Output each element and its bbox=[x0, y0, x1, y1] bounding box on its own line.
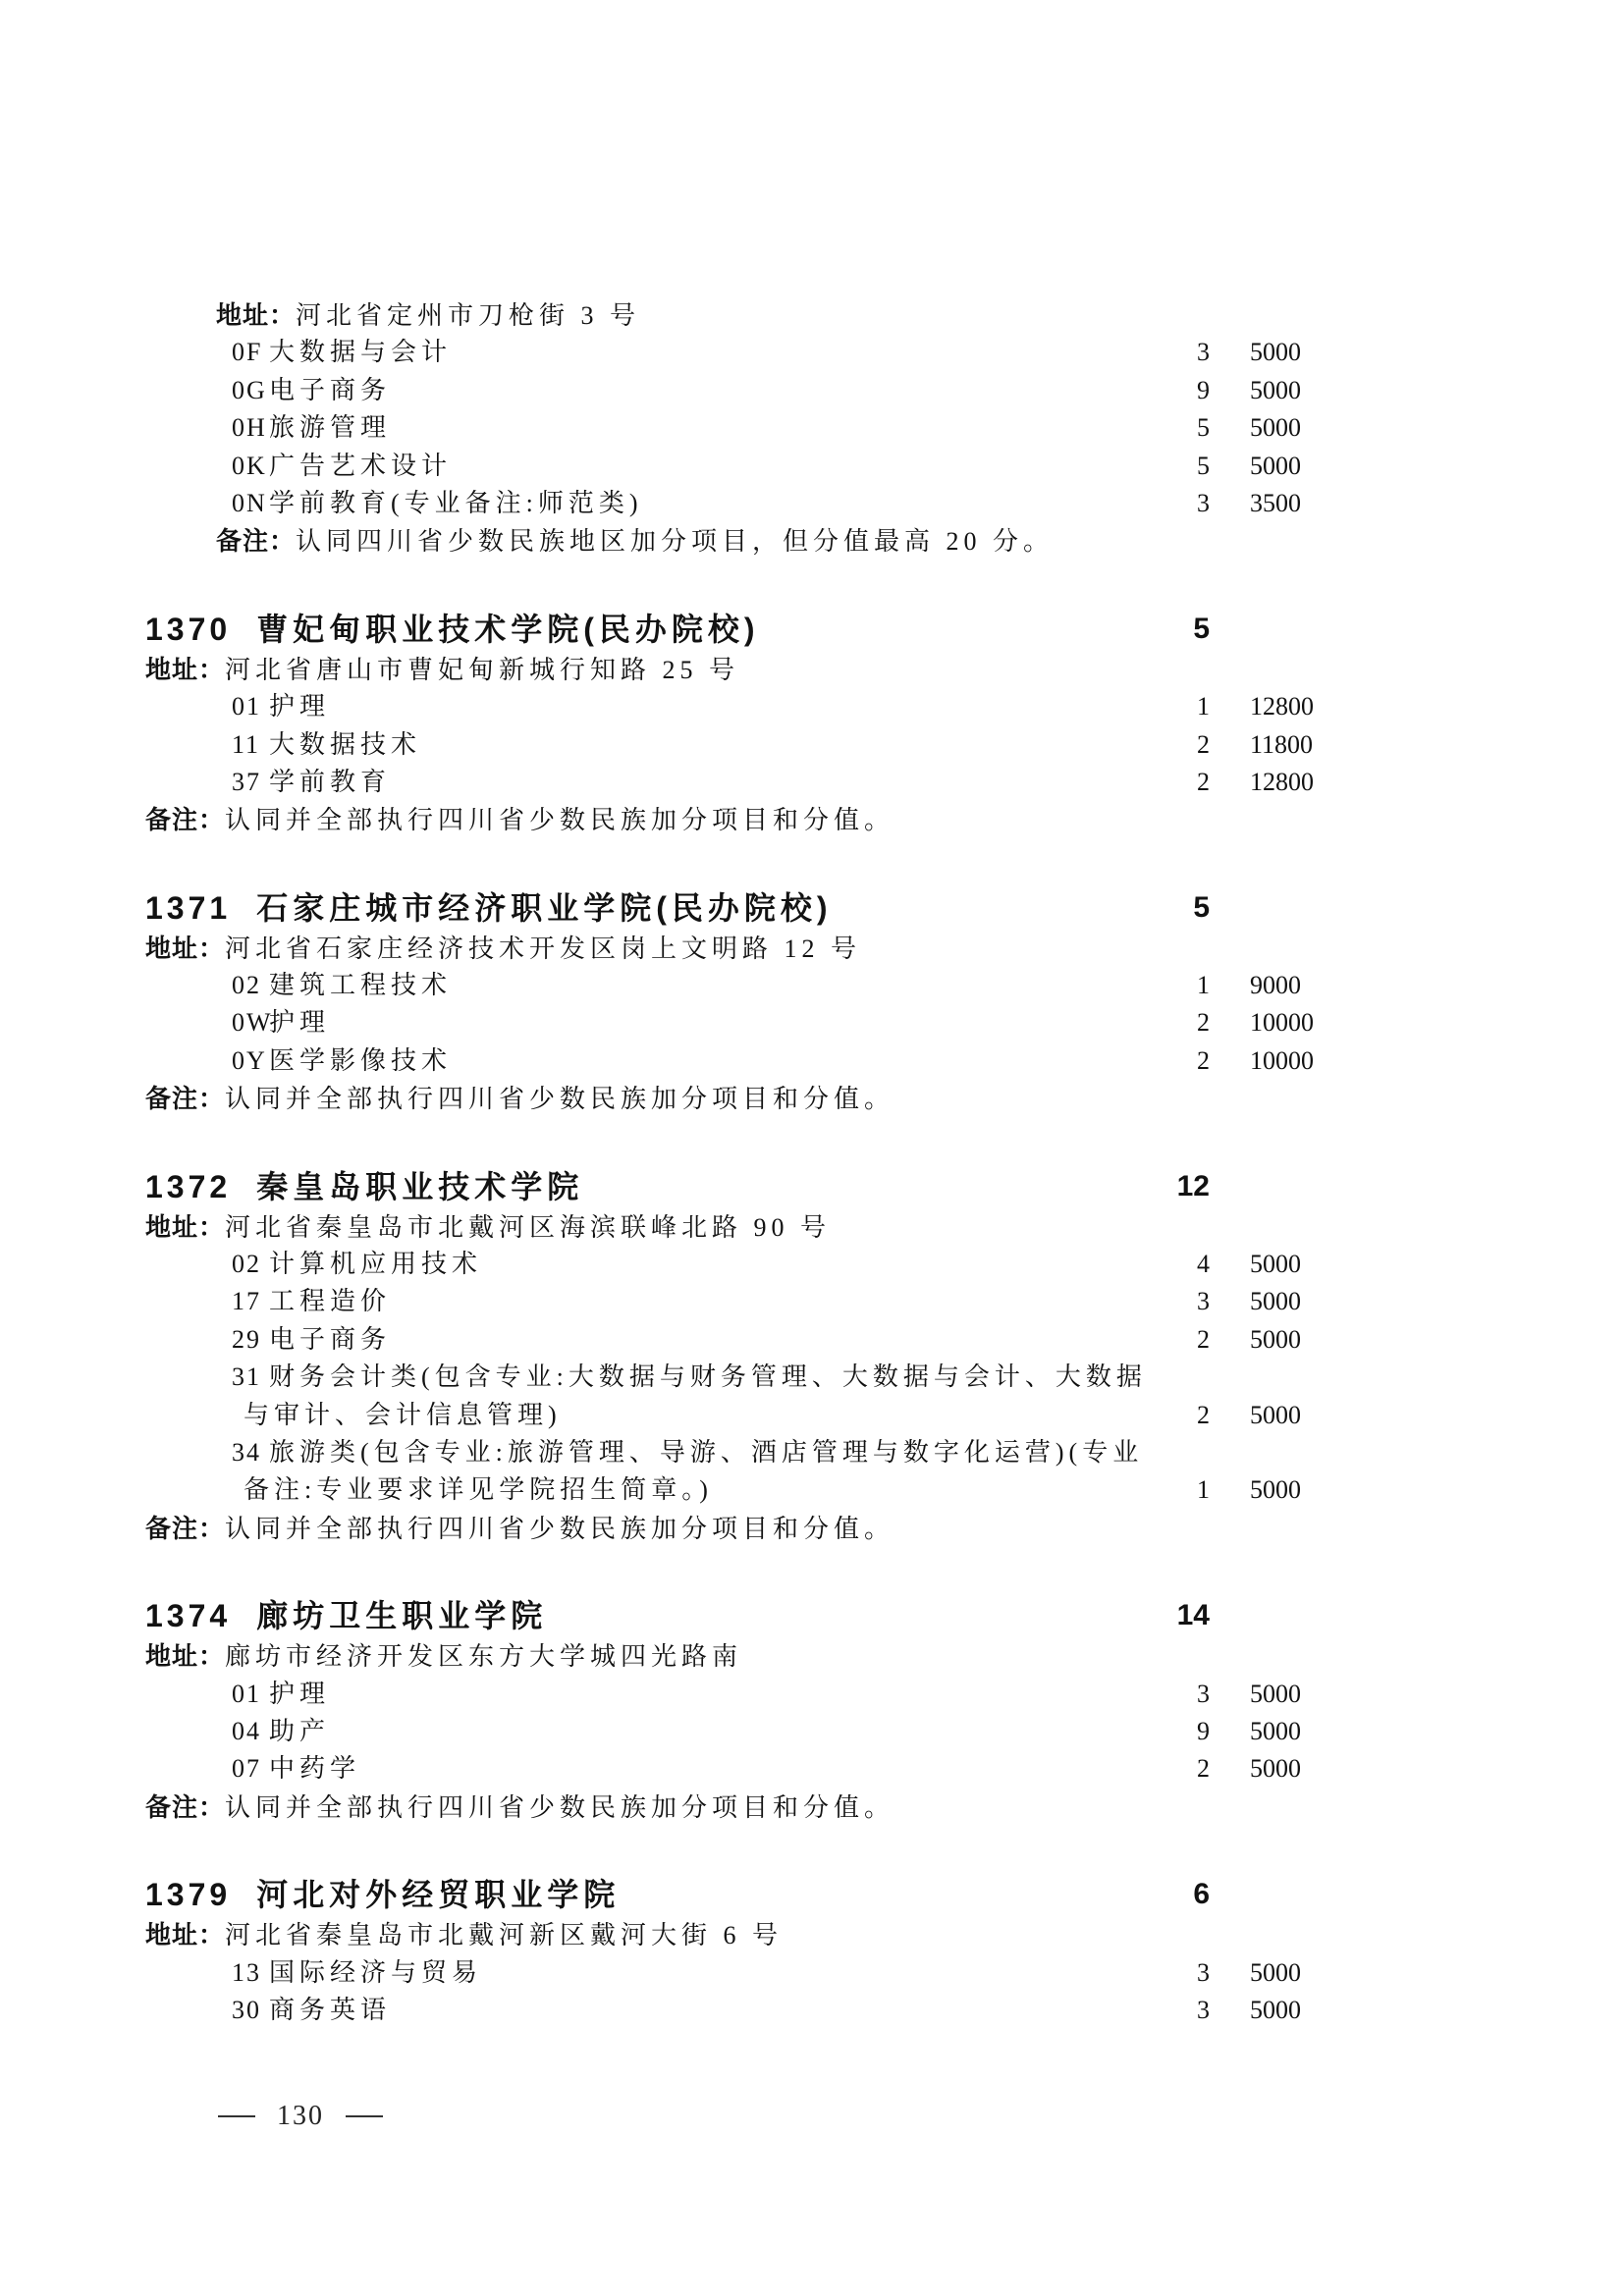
major-quota: 3 bbox=[1127, 1283, 1210, 1320]
major-quota: 2 bbox=[1127, 1321, 1210, 1359]
college-total-quota: 5 bbox=[1127, 886, 1210, 930]
remark-text: 认同四川省少数民族地区加分项目，但分值最高 20 分。 bbox=[296, 527, 1054, 556]
major-tuition-fee: 5000 bbox=[1250, 372, 1301, 409]
college-code: 1372 bbox=[145, 1169, 231, 1204]
major-code: 30 bbox=[232, 1992, 261, 2029]
remark-row: 备注：认同并全部执行四川省少数民族加分项目和分值。 bbox=[145, 1510, 1520, 1547]
major-code: 07 bbox=[232, 1750, 261, 1788]
major-quota: 4 bbox=[1127, 1246, 1210, 1283]
major-tuition-fee: 5000 bbox=[1250, 1713, 1301, 1750]
major-row: 0N学前教育(专业备注:师范类)33500 bbox=[145, 485, 1520, 522]
address-label: 地址： bbox=[145, 934, 225, 963]
major-code: 02 bbox=[232, 967, 261, 1004]
major-quota: 2 bbox=[1127, 1397, 1210, 1434]
remark-text: 认同并全部执行四川省少数民族加分项目和分值。 bbox=[225, 1793, 894, 1822]
college-code: 1370 bbox=[145, 612, 231, 647]
major-code: 37 bbox=[232, 764, 261, 801]
major-tuition-fee: 5000 bbox=[1250, 1676, 1301, 1713]
major-code: 02 bbox=[232, 1246, 261, 1283]
major-code: 0F bbox=[232, 334, 262, 371]
college-block: 1372秦皇岛职业技术学院12地址：河北省秦皇岛市北戴河区海滨联峰北路 90 号… bbox=[145, 1165, 1520, 1548]
remark-row: 备注：认同并全部执行四川省少数民族加分项目和分值。 bbox=[145, 1789, 1520, 1826]
address-label: 地址： bbox=[145, 655, 225, 684]
major-name: 国际经济与贸易 bbox=[269, 1954, 482, 1992]
major-code: 0Y bbox=[232, 1042, 267, 1080]
major-row: 0Y医学影像技术210000 bbox=[145, 1042, 1520, 1080]
major-code: 0N bbox=[232, 485, 267, 522]
major-code: 17 bbox=[232, 1283, 261, 1320]
major-row: 0H旅游管理55000 bbox=[145, 409, 1520, 447]
major-code: 31 bbox=[232, 1359, 261, 1396]
address-text: 河北省秦皇岛市北戴河新区戴河大街 6 号 bbox=[225, 1921, 783, 1949]
major-row: 31财务会计类(包含专业:大数据与财务管理、大数据与会计、大数据 bbox=[145, 1359, 1520, 1396]
remark-text: 认同并全部执行四川省少数民族加分项目和分值。 bbox=[225, 1515, 894, 1543]
address-label: 地址： bbox=[216, 300, 296, 330]
major-quota: 5 bbox=[1127, 448, 1210, 485]
major-code: 0K bbox=[232, 448, 267, 485]
college-total-quota: 14 bbox=[1127, 1594, 1210, 1637]
major-quota: 2 bbox=[1127, 764, 1210, 801]
major-row: 04助产95000 bbox=[145, 1713, 1520, 1750]
major-name: 大数据技术 bbox=[269, 726, 421, 764]
major-name: 计算机应用技术 bbox=[269, 1246, 482, 1283]
major-quota: 2 bbox=[1127, 1004, 1210, 1041]
continued-college-block: 地址：河北省定州市刀枪街 3 号0F大数据与会计350000G电子商务95000… bbox=[145, 296, 1520, 561]
major-tuition-fee: 5000 bbox=[1250, 1750, 1301, 1788]
college-total-quota: 5 bbox=[1127, 608, 1210, 651]
major-tuition-fee: 5000 bbox=[1250, 1246, 1301, 1283]
remark-text: 认同并全部执行四川省少数民族加分项目和分值。 bbox=[225, 806, 894, 834]
admission-plan-list: 地址：河北省定州市刀枪街 3 号0F大数据与会计350000G电子商务95000… bbox=[145, 296, 1520, 2029]
college-header-row: 1372秦皇岛职业技术学院12 bbox=[145, 1165, 1520, 1208]
major-quota: 3 bbox=[1127, 334, 1210, 371]
college-name: 曹妃甸职业技术学院(民办院校) bbox=[256, 612, 759, 647]
major-row: 37学前教育212800 bbox=[145, 764, 1520, 801]
major-tuition-fee: 5000 bbox=[1250, 448, 1301, 485]
remark-label: 备注： bbox=[216, 526, 296, 556]
page-footer: 130 bbox=[218, 2101, 383, 2132]
major-name: 旅游类(包含专业:旅游管理、导游、酒店管理与数字化运营)(专业 bbox=[269, 1434, 1143, 1471]
address-row: 地址：河北省唐山市曹妃甸新城行知路 25 号 bbox=[145, 651, 1520, 688]
major-tuition-fee: 5000 bbox=[1250, 409, 1301, 447]
footer-dash-left bbox=[218, 2115, 255, 2117]
major-name: 广告艺术设计 bbox=[269, 448, 452, 485]
address-text: 河北省石家庄经济技术开发区岗上文明路 12 号 bbox=[225, 934, 861, 963]
major-name: 助产 bbox=[269, 1713, 330, 1750]
major-row: 29电子商务25000 bbox=[145, 1321, 1520, 1359]
address-row: 地址：河北省秦皇岛市北戴河区海滨联峰北路 90 号 bbox=[145, 1208, 1520, 1246]
major-row: 0W护理210000 bbox=[145, 1004, 1520, 1041]
major-name: 医学影像技术 bbox=[269, 1042, 452, 1080]
major-row: 0F大数据与会计35000 bbox=[145, 334, 1520, 371]
remark-label: 备注： bbox=[145, 805, 225, 834]
major-code: 0W bbox=[232, 1004, 273, 1041]
address-label: 地址： bbox=[145, 1212, 225, 1242]
major-row: 34旅游类(包含专业:旅游管理、导游、酒店管理与数字化运营)(专业 bbox=[145, 1434, 1520, 1471]
major-code: 11 bbox=[232, 726, 260, 764]
major-code: 13 bbox=[232, 1954, 261, 1992]
major-name: 学前教育(专业备注:师范类) bbox=[269, 485, 643, 522]
major-tuition-fee: 12800 bbox=[1250, 764, 1314, 801]
major-quota: 5 bbox=[1127, 409, 1210, 447]
address-text: 河北省唐山市曹妃甸新城行知路 25 号 bbox=[225, 656, 739, 684]
major-quota: 9 bbox=[1127, 1713, 1210, 1750]
page-number: 130 bbox=[277, 2101, 324, 2132]
address-text: 廊坊市经济开发区东方大学城四光路南 bbox=[225, 1642, 742, 1671]
college-total-quota: 12 bbox=[1127, 1165, 1210, 1208]
college-header-row: 1370曹妃甸职业技术学院(民办院校)5 bbox=[145, 608, 1520, 651]
major-tuition-fee: 10000 bbox=[1250, 1042, 1314, 1080]
major-name: 护理 bbox=[269, 1004, 330, 1041]
remark-text: 认同并全部执行四川省少数民族加分项目和分值。 bbox=[225, 1085, 894, 1113]
college-header-row: 1374廊坊卫生职业学院14 bbox=[145, 1594, 1520, 1637]
remark-row: 备注：认同四川省少数民族地区加分项目，但分值最高 20 分。 bbox=[145, 522, 1520, 560]
major-quota: 3 bbox=[1127, 485, 1210, 522]
major-row: 0G电子商务95000 bbox=[145, 372, 1520, 409]
major-row: 30商务英语35000 bbox=[145, 1992, 1520, 2029]
college-code: 1374 bbox=[145, 1598, 231, 1633]
major-code: 0H bbox=[232, 409, 267, 447]
major-tuition-fee: 9000 bbox=[1250, 967, 1301, 1004]
remark-label: 备注： bbox=[145, 1514, 225, 1543]
major-tuition-fee: 10000 bbox=[1250, 1004, 1314, 1041]
major-tuition-fee: 5000 bbox=[1250, 1954, 1301, 1992]
major-tuition-fee: 11800 bbox=[1250, 726, 1313, 764]
major-tuition-fee: 5000 bbox=[1250, 334, 1301, 371]
major-code: 04 bbox=[232, 1713, 261, 1750]
major-code: 01 bbox=[232, 688, 261, 725]
major-quota: 9 bbox=[1127, 372, 1210, 409]
major-code: 29 bbox=[232, 1321, 261, 1359]
major-name: 电子商务 bbox=[269, 1321, 391, 1359]
major-row: 11大数据技术211800 bbox=[145, 726, 1520, 764]
major-name: 财务会计类(包含专业:大数据与财务管理、大数据与会计、大数据 bbox=[269, 1359, 1147, 1396]
college-total-quota: 6 bbox=[1127, 1873, 1210, 1916]
major-name: 旅游管理 bbox=[269, 409, 391, 447]
major-code: 0G bbox=[232, 372, 267, 409]
major-row: 02计算机应用技术45000 bbox=[145, 1246, 1520, 1283]
college-name: 河北对外经贸职业学院 bbox=[256, 1877, 620, 1912]
major-quota: 3 bbox=[1127, 1676, 1210, 1713]
major-tuition-fee: 5000 bbox=[1250, 1992, 1301, 2029]
major-row: 01护理35000 bbox=[145, 1676, 1520, 1713]
major-quota: 2 bbox=[1127, 1042, 1210, 1080]
document-page: 地址：河北省定州市刀枪街 3 号0F大数据与会计350000G电子商务95000… bbox=[0, 0, 1624, 2296]
address-text: 河北省定州市刀枪街 3 号 bbox=[296, 301, 640, 330]
major-quota: 3 bbox=[1127, 1954, 1210, 1992]
major-name: 护理 bbox=[269, 688, 330, 725]
footer-dash-right bbox=[346, 2115, 383, 2117]
major-name: 建筑工程技术 bbox=[269, 967, 452, 1004]
major-name-continued: 备注:专业要求详见学院招生简章。) bbox=[244, 1471, 713, 1509]
address-text: 河北省秦皇岛市北戴河区海滨联峰北路 90 号 bbox=[225, 1213, 831, 1242]
major-tuition-fee: 5000 bbox=[1250, 1397, 1301, 1434]
address-label: 地址： bbox=[145, 1920, 225, 1949]
remark-row: 备注：认同并全部执行四川省少数民族加分项目和分值。 bbox=[145, 1080, 1520, 1117]
major-tuition-fee: 12800 bbox=[1250, 688, 1314, 725]
address-row: 地址：廊坊市经济开发区东方大学城四光路南 bbox=[145, 1637, 1520, 1675]
college-name: 秦皇岛职业技术学院 bbox=[256, 1169, 583, 1204]
college-block: 1379河北对外经贸职业学院6地址：河北省秦皇岛市北戴河新区戴河大街 6 号13… bbox=[145, 1873, 1520, 2029]
major-tuition-fee: 5000 bbox=[1250, 1321, 1301, 1359]
major-row: 02建筑工程技术19000 bbox=[145, 967, 1520, 1004]
major-row: 与审计、会计信息管理)25000 bbox=[145, 1397, 1520, 1434]
major-tuition-fee: 3500 bbox=[1250, 485, 1301, 522]
major-name: 护理 bbox=[269, 1676, 330, 1713]
major-row: 备注:专业要求详见学院招生简章。)15000 bbox=[145, 1471, 1520, 1509]
college-code: 1371 bbox=[145, 890, 231, 926]
college-block: 1370曹妃甸职业技术学院(民办院校)5地址：河北省唐山市曹妃甸新城行知路 25… bbox=[145, 608, 1520, 839]
major-name: 工程造价 bbox=[269, 1283, 391, 1320]
major-code: 34 bbox=[232, 1434, 261, 1471]
address-row: 地址：河北省定州市刀枪街 3 号 bbox=[145, 296, 1520, 334]
major-quota: 1 bbox=[1127, 1471, 1210, 1509]
college-code: 1379 bbox=[145, 1877, 231, 1912]
address-row: 地址：河北省秦皇岛市北戴河新区戴河大街 6 号 bbox=[145, 1916, 1520, 1953]
address-row: 地址：河北省石家庄经济技术开发区岗上文明路 12 号 bbox=[145, 930, 1520, 967]
major-name-continued: 与审计、会计信息管理) bbox=[244, 1397, 562, 1434]
major-row: 01护理112800 bbox=[145, 688, 1520, 725]
remark-label: 备注： bbox=[145, 1792, 225, 1822]
major-row: 17工程造价35000 bbox=[145, 1283, 1520, 1320]
major-name: 中药学 bbox=[269, 1750, 360, 1788]
remark-label: 备注： bbox=[145, 1084, 225, 1113]
major-tuition-fee: 5000 bbox=[1250, 1471, 1301, 1509]
college-block: 1371石家庄城市经济职业学院(民办院校)5地址：河北省石家庄经济技术开发区岗上… bbox=[145, 886, 1520, 1118]
major-name: 学前教育 bbox=[269, 764, 391, 801]
major-row: 07中药学25000 bbox=[145, 1750, 1520, 1788]
major-quota: 1 bbox=[1127, 967, 1210, 1004]
major-quota: 3 bbox=[1127, 1992, 1210, 2029]
major-row: 13国际经济与贸易35000 bbox=[145, 1954, 1520, 1992]
major-name: 电子商务 bbox=[269, 372, 391, 409]
major-row: 0K广告艺术设计55000 bbox=[145, 448, 1520, 485]
college-header-row: 1371石家庄城市经济职业学院(民办院校)5 bbox=[145, 886, 1520, 930]
major-name: 大数据与会计 bbox=[269, 334, 452, 371]
college-name: 廊坊卫生职业学院 bbox=[256, 1598, 547, 1633]
major-code: 01 bbox=[232, 1676, 261, 1713]
major-name: 商务英语 bbox=[269, 1992, 391, 2029]
address-label: 地址： bbox=[145, 1641, 225, 1671]
major-quota: 2 bbox=[1127, 1750, 1210, 1788]
college-name: 石家庄城市经济职业学院(民办院校) bbox=[256, 890, 832, 926]
major-tuition-fee: 5000 bbox=[1250, 1283, 1301, 1320]
college-block: 1374廊坊卫生职业学院14地址：廊坊市经济开发区东方大学城四光路南01护理35… bbox=[145, 1594, 1520, 1826]
major-quota: 2 bbox=[1127, 726, 1210, 764]
remark-row: 备注：认同并全部执行四川省少数民族加分项目和分值。 bbox=[145, 801, 1520, 838]
college-header-row: 1379河北对外经贸职业学院6 bbox=[145, 1873, 1520, 1916]
major-quota: 1 bbox=[1127, 688, 1210, 725]
